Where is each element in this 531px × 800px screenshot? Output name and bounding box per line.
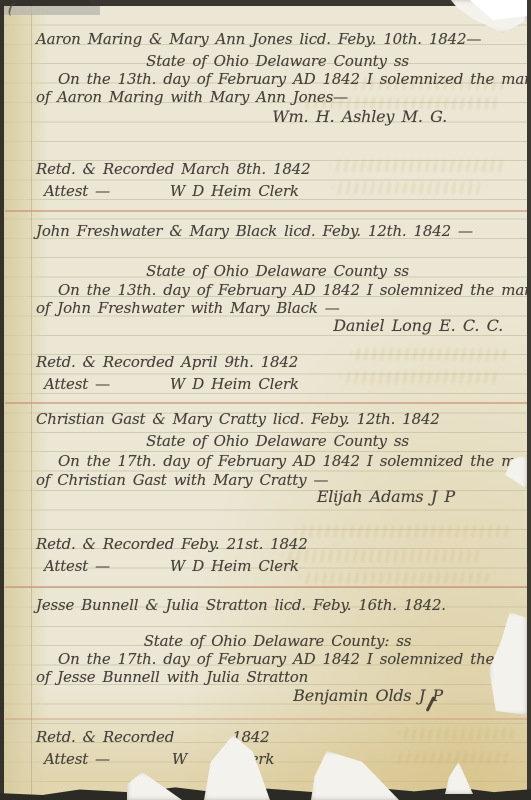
marriage-entry: Christian Gast & Mary Cratty licd. Feby.…	[36, 410, 519, 510]
attest-label: Attest —	[44, 750, 110, 768]
entry-body-line: of John Freshwater with Mary Black —	[36, 299, 519, 317]
marriage-entry: John Freshwater & Mary Black licd. Feby.…	[36, 222, 519, 340]
ledger-page-scan: 347 Aaron Maring & Mary Ann Jones licd. …	[0, 0, 531, 800]
attest-label: Attest —	[44, 375, 110, 393]
recorded-line-left: Retd. & Recorded	[36, 728, 174, 746]
section-divider-line	[5, 210, 531, 212]
attest-label: Attest —	[44, 182, 110, 200]
officiant-signature: Benjamin Olds J P	[36, 687, 519, 705]
attest-label: Attest —	[44, 557, 110, 575]
entry-header-line: John Freshwater & Mary Black licd. Feby.…	[36, 222, 519, 240]
clerk-signature: W D Heim Clerk	[170, 182, 299, 200]
recorded-line: Retd. & Recorded April 9th. 1842	[36, 353, 519, 371]
entry-body-line: On the 13th. day of February AD 1842 I s…	[36, 70, 519, 88]
section-divider-line	[5, 402, 531, 404]
clerk-signature-left: W	[172, 750, 187, 768]
marriage-entry: Aaron Maring & Mary Ann Jones licd. Feby…	[36, 30, 519, 130]
entry-body-line: of Jesse Bunnell with Julia Stratton	[36, 668, 519, 686]
entry-state-line: State of Ohio Delaware County: ss	[36, 632, 519, 650]
entry-body-line: of Aaron Maring with Mary Ann Jones—	[36, 88, 519, 106]
section-divider-line	[5, 718, 531, 720]
record-block: Retd. & Recorded Feby. 21st. 1842 Attest…	[36, 535, 519, 579]
record-block: Retd. & Recorded April 9th. 1842 Attest …	[36, 353, 519, 397]
entry-body-line: On the 17th. day of February AD 1842 I s…	[36, 650, 519, 668]
clerk-signature: W D Heim Clerk	[170, 375, 299, 393]
entry-header-line: Aaron Maring & Mary Ann Jones licd. Feby…	[36, 30, 519, 48]
entry-header-line: Jesse Bunnell & Julia Stratton licd. Feb…	[36, 596, 519, 614]
record-block: Retd. & Recorded March 8th. 1842 Attest …	[36, 160, 519, 204]
entry-body-line: On the 17th. day of February AD 1842 I s…	[36, 452, 519, 470]
record-block-torn: Retd. & Recorded1842 Attest —Wlerk	[36, 728, 519, 774]
entry-state-line: State of Ohio Delaware County ss	[36, 432, 519, 450]
section-divider-line	[5, 586, 531, 588]
entry-state-line: State of Ohio Delaware County ss	[36, 262, 519, 280]
recorded-line: Retd. & Recorded Feby. 21st. 1842	[36, 535, 519, 553]
officiant-signature: Wm. H. Ashley M. G.	[36, 108, 519, 126]
entry-body-line: On the 13th. day of February AD 1842 I s…	[36, 281, 519, 299]
officiant-signature: Daniel Long E. C. C.	[36, 317, 519, 335]
entry-state-line: State of Ohio Delaware County ss	[36, 52, 519, 70]
marriage-entry: Jesse Bunnell & Julia Stratton licd. Feb…	[36, 596, 519, 708]
entry-header-line: Christian Gast & Mary Cratty licd. Feby.…	[36, 410, 519, 428]
clerk-signature: W D Heim Clerk	[170, 557, 299, 575]
scan-edge-right	[527, 0, 531, 800]
officiant-signature: Elijah Adams J P	[36, 488, 519, 506]
recorded-line: Retd. & Recorded March 8th. 1842	[36, 160, 519, 178]
